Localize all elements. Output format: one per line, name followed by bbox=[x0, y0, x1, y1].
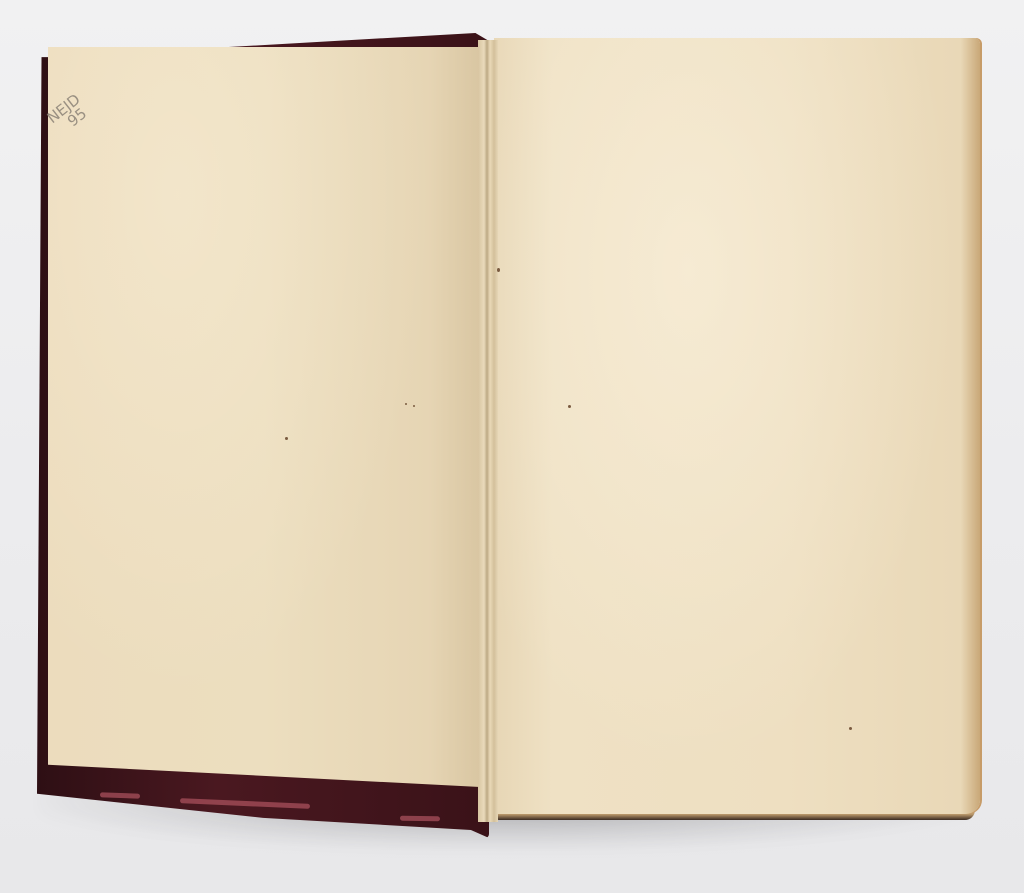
foxing-speck bbox=[849, 727, 852, 730]
cover-wear-mark bbox=[400, 816, 440, 822]
foxing-speck bbox=[568, 405, 571, 408]
foxing-speck bbox=[405, 403, 407, 405]
foxing-speck bbox=[413, 405, 415, 407]
photo-scene: NEJD 95 bbox=[0, 0, 1024, 893]
book-gutter-hinge bbox=[478, 40, 498, 822]
right-flyleaf-page bbox=[494, 38, 980, 814]
foxing-speck bbox=[285, 437, 288, 440]
foxing-speck bbox=[497, 268, 500, 272]
left-endpaper-page bbox=[48, 47, 480, 787]
